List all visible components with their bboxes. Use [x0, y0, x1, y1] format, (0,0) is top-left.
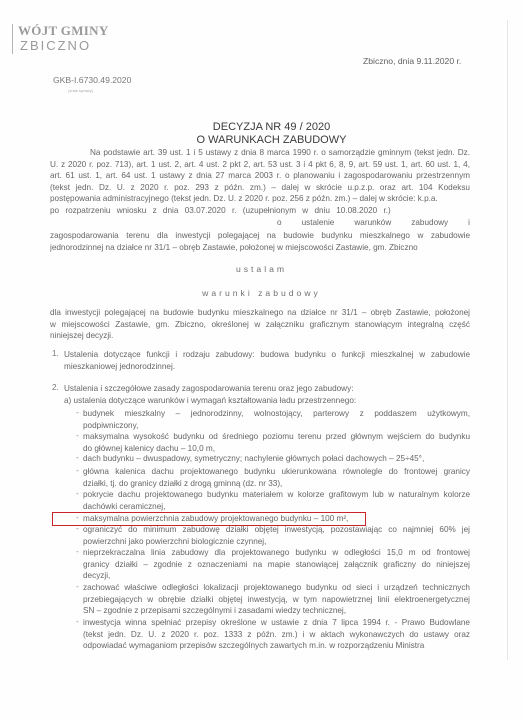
list-item-line: przebiegających w obrębie działki objęte… — [83, 594, 470, 606]
document-date: Zbiczno, dnia 9.11.2020 r. — [363, 56, 461, 66]
heading-warunki: warunki zabudowy — [0, 288, 523, 298]
heading-ustalam: ustalam — [0, 264, 523, 274]
case-number-caption: (znak sprawy) — [68, 88, 93, 93]
list-item-line: zachować właściwe odległości lokalizacji… — [83, 582, 470, 594]
list-item: pokrycie dachu projektowanego budynku ma… — [83, 489, 470, 512]
bullet-dash: - — [76, 547, 79, 556]
list-item-line: odpowiadać wymaganiom przepisów szczegól… — [83, 640, 470, 652]
list-item-line: decyzji, — [83, 570, 470, 582]
bullet-dash: - — [76, 466, 79, 475]
list-item-line: (tekst jedn. Dz. U. z 2020 r. poz. 1333 … — [83, 629, 470, 641]
subject-line: zagospodarowania terenu dla inwestycji p… — [50, 230, 470, 242]
list-item: budynek mieszkalny – jednorodzinny, woln… — [83, 408, 470, 431]
ruling-text: dla inwestycji polegającej na budowie bu… — [50, 307, 470, 342]
subject-line: jednorodzinnej na działce nr 31/1 – obrę… — [50, 242, 470, 254]
list-item: dach budynku – dwuspadowy, symetryczny; … — [83, 453, 470, 465]
list-item: nieprzekraczalna linia zabudowy dla proj… — [83, 547, 470, 582]
office-logo: WÓJT GMINY ZBICZNO — [12, 24, 109, 54]
preamble-line: po rozpatrzeniu wniosku z dnia 03.07.202… — [50, 205, 470, 217]
bullet-dash: - — [76, 431, 79, 440]
section-number: 2. — [52, 383, 59, 392]
section-line: Ustalenia dotyczące funkcji i rodzaju za… — [64, 349, 470, 361]
subsection-a: a) ustalenia dotyczące warunków i wymaga… — [64, 395, 470, 407]
bullet-dash: - — [76, 582, 79, 591]
scan-edge-line — [507, 20, 508, 660]
subject-text: o ustalenie warunków zabudowy i — [277, 217, 470, 229]
preamble: Na podstawie art. 39 ust. 1 i 5 ustawy z… — [50, 147, 470, 217]
list-item-line: dach budynku – dwuspadowy, symetryczny; … — [83, 453, 470, 465]
ruling-line: dla inwestycji polegającej na budowie bu… — [50, 307, 470, 319]
list-item-line: dachówki ceramicznej, — [83, 501, 470, 513]
list-item-line: podpiwniczony, — [83, 420, 470, 432]
preamble-line: Na podstawie art. 39 ust. 1 i 5 ustawy z… — [50, 147, 470, 159]
list-item: główna kalenica dachu projektowanego bud… — [83, 466, 470, 489]
subject: zagospodarowania terenu dla inwestycji p… — [50, 230, 470, 253]
list-item-line: inwestycja winna spełniać przepisy okreś… — [83, 617, 470, 629]
list-item: ograniczyć do minimum zabudowę działki o… — [83, 524, 470, 547]
section-number: 1. — [52, 349, 59, 358]
highlight-box — [52, 512, 366, 526]
case-number: GKB-I.6730.49.2020 — [53, 75, 131, 85]
section-1: Ustalenia dotyczące funkcji i rodzaju za… — [64, 349, 470, 372]
document-page: WÓJT GMINY ZBICZNO Zbiczno, dnia 9.11.20… — [0, 0, 523, 720]
preamble-line: postępowania administracyjnego (tekst je… — [50, 193, 470, 205]
list-item-line: powierzchni jako powierzchni biologiczni… — [83, 536, 470, 548]
preamble-line: art. 61 ust. 1, art. 64 ust. 1 ustawy z … — [50, 170, 470, 182]
logo-title: WÓJT GMINY — [18, 24, 109, 38]
bullet-dash: - — [76, 489, 79, 498]
preamble-line: (tekst jedn. Dz. U. z 2020 r. poz. 293 z… — [50, 182, 470, 194]
logo-municipality: ZBICZNO — [20, 38, 109, 54]
section-line: Ustalenia i szczegółowe zasady zagospoda… — [64, 383, 470, 395]
list-item-line: granicy działki – zgodnie z oznaczeniami… — [83, 559, 470, 571]
list-item-line: nieprzekraczalna linia zabudowy dla proj… — [83, 547, 470, 559]
subject-line: o ustalenie warunków zabudowy i — [277, 217, 470, 229]
list-item-line: maksymalna wysokość budynku od średniego… — [83, 431, 470, 443]
list-item-line: główna kalenica dachu projektowanego bud… — [83, 466, 470, 478]
list-item: maksymalna wysokość budynku od średniego… — [83, 431, 470, 454]
decision-subtitle: O WARUNKACH ZABUDOWY — [10, 134, 523, 146]
bullet-dash: - — [76, 408, 79, 417]
decision-title: DECYZJA NR 49 / 2020 — [10, 121, 523, 133]
list-item: inwestycja winna spełniać przepisy okreś… — [83, 617, 470, 652]
ruling-line: w miejscowości Zastawie, gm. Zbiczno, ok… — [50, 319, 470, 331]
list-item-line: pokrycie dachu projektowanego budynku ma… — [83, 489, 470, 501]
list-item-line: SN – zgodnie z przepisami szczególnymi i… — [83, 605, 470, 617]
bullet-dash: - — [76, 617, 79, 626]
list-item-line: działki, tj. do granicy działki z drogą … — [83, 478, 470, 490]
section-line: mieszkaniowej jednorodzinnej. — [64, 361, 470, 373]
list-item-line: budynek mieszkalny – jednorodzinny, woln… — [83, 408, 470, 420]
bullet-dash: - — [76, 453, 79, 462]
ruling-line: niniejszej decyzji. — [50, 330, 470, 342]
list-item: zachować właściwe odległości lokalizacji… — [83, 582, 470, 617]
section-2: Ustalenia i szczegółowe zasady zagospoda… — [64, 383, 470, 406]
preamble-line: U. z 2020 r. poz. 713), art. 1 ust. 2, a… — [50, 159, 470, 171]
